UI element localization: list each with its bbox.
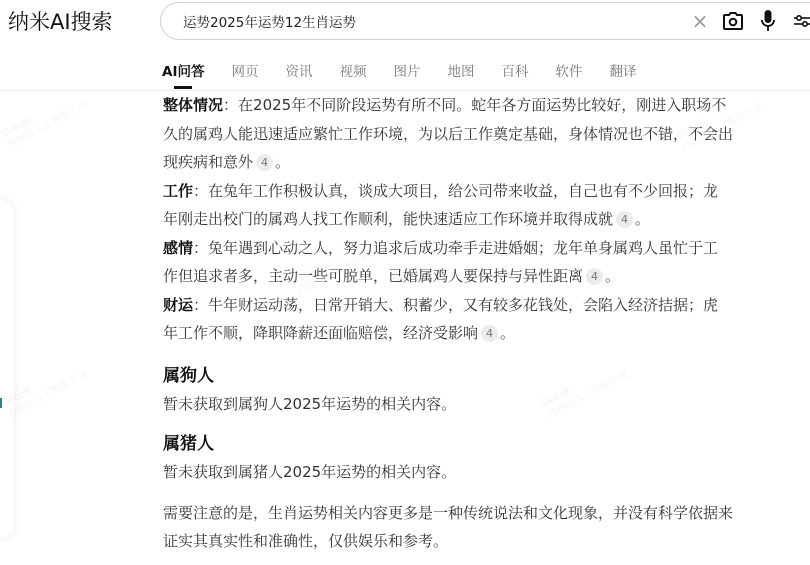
search-input[interactable] <box>183 3 663 39</box>
section-label: 财运 <box>163 296 193 314</box>
ai-answer-content: 整体情况：在2025年不同阶段运势有所不同。蛇年各方面运势比较好，刚进入职场不久… <box>163 91 733 556</box>
section-label: 整体情况 <box>163 96 223 114</box>
citation-badge[interactable]: 4 <box>481 325 498 342</box>
citation-badge[interactable]: 4 <box>586 268 603 285</box>
dog-heading: 属狗人 <box>163 363 733 389</box>
tab-web[interactable]: 网页 <box>231 62 258 90</box>
dog-text: 暂未获取到属狗人2025年运势的相关内容。 <box>163 390 733 419</box>
app-logo[interactable]: 纳米AI搜索 <box>8 8 113 36</box>
filter-icon[interactable] <box>793 11 810 31</box>
clear-icon[interactable]: × <box>691 12 709 30</box>
side-panel-card[interactable] <box>0 200 14 538</box>
tab-video[interactable]: 视频 <box>339 62 366 90</box>
search-box[interactable]: × <box>160 2 810 40</box>
side-panel-thumbnail[interactable] <box>0 398 2 408</box>
pig-heading: 属猪人 <box>163 431 733 457</box>
tab-encyclopedia[interactable]: 百科 <box>501 62 528 90</box>
tab-ai-answer[interactable]: AI问答 <box>162 62 204 90</box>
paragraph-text: 在2025年不同阶段运势有所不同。蛇年各方面运势比较好，刚进入职场不久的属鸡人能… <box>163 96 733 171</box>
citation-badge[interactable]: 4 <box>616 211 633 228</box>
rooster-work-paragraph: 工作：在兔年工作积极认真，谈成大项目，给公司带来收益，自己也有不少回报；龙年刚走… <box>163 177 733 234</box>
tab-news[interactable]: 资讯 <box>285 62 312 90</box>
camera-icon[interactable] <box>723 11 743 31</box>
search-tabs: AI问答 网页 资讯 视频 图片 地图 百科 软件 翻译 <box>162 62 663 90</box>
tab-software[interactable]: 软件 <box>555 62 582 90</box>
paragraph-text: 牛年财运动荡，日常开销大、积蓄少，又有较多花钱处，会陷入经济拮据；虎年工作不顺，… <box>163 296 718 343</box>
tab-maps[interactable]: 地图 <box>447 62 474 90</box>
watermark: SV6dK内容由人工智能生成 <box>0 88 90 151</box>
rooster-love-paragraph: 感情：兔年遇到心动之人，努力追求后成功牵手走进婚姻；龙年单身属鸡人虽忙于工作但追… <box>163 234 733 291</box>
disclaimer-note: 需要注意的是，生肖运势相关内容更多是一种传统说法和文化现象，并没有科学依据来证实… <box>163 499 733 556</box>
mic-icon[interactable] <box>759 9 777 33</box>
section-label: 感情 <box>163 239 193 257</box>
tab-images[interactable]: 图片 <box>393 62 420 90</box>
pig-text: 暂未获取到属猪人2025年运势的相关内容。 <box>163 458 733 487</box>
tab-translate[interactable]: 翻译 <box>609 62 636 90</box>
paragraph-text: 兔年遇到心动之人，努力追求后成功牵手走进婚姻；龙年单身属鸡人虽忙于工作但追求者多… <box>163 239 718 286</box>
section-label: 工作 <box>163 182 193 200</box>
rooster-overall-paragraph: 整体情况：在2025年不同阶段运势有所不同。蛇年各方面运势比较好，刚进入职场不久… <box>163 91 733 177</box>
rooster-wealth-paragraph: 财运：牛年财运动荡，日常开销大、积蓄少，又有较多花钱处，会陷入经济拮据；虎年工作… <box>163 291 733 348</box>
citation-badge[interactable]: 4 <box>256 154 273 171</box>
